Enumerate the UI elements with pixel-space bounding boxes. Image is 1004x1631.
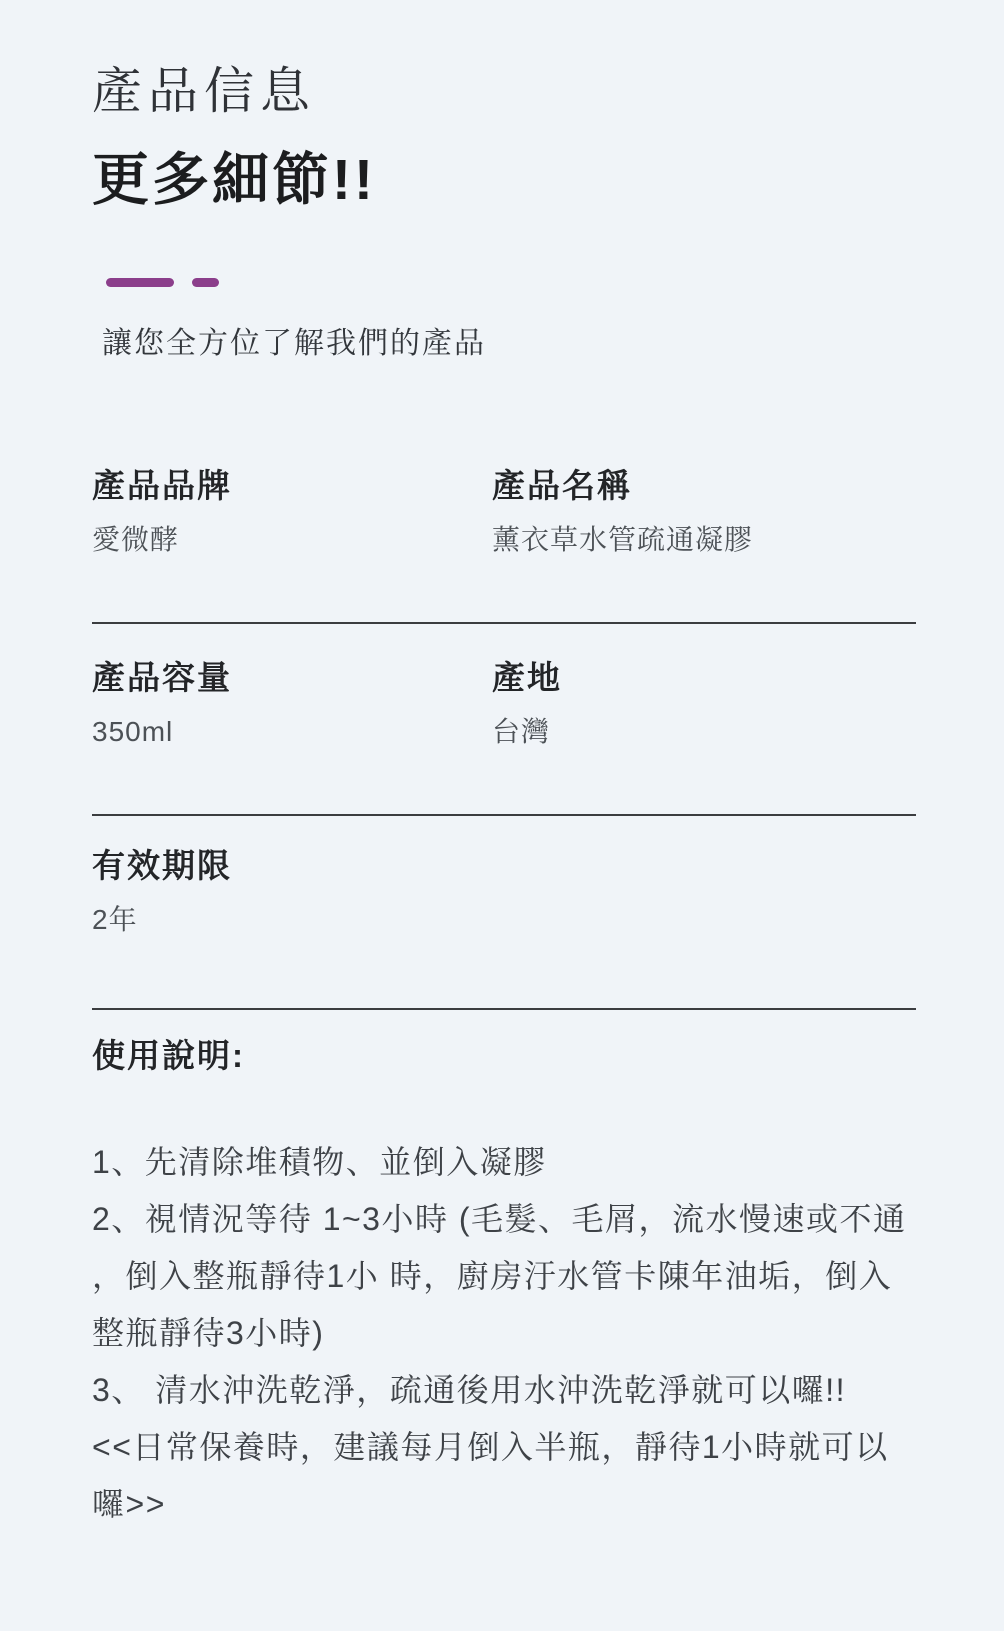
usage-line-5: 3、 清水沖洗乾淨，疏通後用水沖洗乾淨就可以囉!! <box>92 1362 916 1419</box>
usage-line-3: ，倒入整瓶靜待1小 時，廚房汙水管卡陳年油垢，倒入 <box>92 1248 916 1305</box>
spec-section: 產品品牌 愛微酵 產品名稱 薰衣草水管疏通凝膠 產品容量 350ml 產地 台灣… <box>92 468 916 1010</box>
spec-cell-origin: 產地 台灣 <box>492 660 916 748</box>
usage-line-2: 2、視情況等待 1~3小時 (毛髮、毛屑，流水慢速或不通 <box>92 1191 916 1248</box>
accent-dash-short-icon <box>192 278 219 287</box>
spec-label-brand: 產品品牌 <box>92 468 492 504</box>
spec-cell-product-name: 產品名稱 薰衣草水管疏通凝膠 <box>492 468 916 556</box>
accent-dash-long-icon <box>106 278 174 287</box>
spec-value-product-name: 薰衣草水管疏通凝膠 <box>492 525 916 556</box>
spec-label-expiry: 有效期限 <box>92 848 492 884</box>
spec-label-capacity: 產品容量 <box>92 660 492 696</box>
product-info-page: 產品信息 更多細節!! 讓您全方位了解我們的產品 產品品牌 愛微酵 產品名稱 薰… <box>0 0 1004 1631</box>
spec-cell-brand: 產品品牌 愛微酵 <box>92 468 492 556</box>
spec-cell-capacity: 產品容量 350ml <box>92 660 492 748</box>
header-section: 產品信息 更多細節!! 讓您全方位了解我們的產品 <box>92 64 916 360</box>
usage-heading: 使用說明: <box>92 1038 916 1074</box>
usage-section: 使用說明: 1、先清除堆積物、並倒入凝膠 2、視情況等待 1~3小時 (毛髮、毛… <box>92 1038 916 1533</box>
usage-instructions: 1、先清除堆積物、並倒入凝膠 2、視情況等待 1~3小時 (毛髮、毛屑，流水慢速… <box>92 1134 916 1533</box>
spec-row-capacity-origin: 產品容量 350ml 產地 台灣 <box>92 660 916 748</box>
spec-cell-expiry: 有效期限 2年 <box>92 848 492 936</box>
spec-row-expiry: 有效期限 2年 <box>92 848 916 936</box>
spec-label-origin: 產地 <box>492 660 916 696</box>
spec-value-brand: 愛微酵 <box>92 525 492 556</box>
usage-line-7: 囉>> <box>92 1476 916 1533</box>
divider-1 <box>92 622 916 624</box>
spec-row-brand-name: 產品品牌 愛微酵 產品名稱 薰衣草水管疏通凝膠 <box>92 468 916 556</box>
usage-line-4: 整瓶靜待3小時) <box>92 1305 916 1362</box>
spec-value-expiry: 2年 <box>92 905 492 936</box>
usage-line-6: <<日常保養時，建議每月倒入半瓶，靜待1小時就可以 <box>92 1419 916 1476</box>
spec-value-capacity: 350ml <box>92 717 492 748</box>
page-tagline: 讓您全方位了解我們的產品 <box>102 327 916 360</box>
divider-3 <box>92 1008 916 1010</box>
accent-dashes <box>106 278 916 287</box>
usage-line-1: 1、先清除堆積物、並倒入凝膠 <box>92 1134 916 1191</box>
page-title: 產品信息 <box>92 64 916 119</box>
spec-value-origin: 台灣 <box>492 717 916 748</box>
page-headline: 更多細節!! <box>92 149 916 212</box>
divider-2 <box>92 814 916 816</box>
spec-label-product-name: 產品名稱 <box>492 468 916 504</box>
